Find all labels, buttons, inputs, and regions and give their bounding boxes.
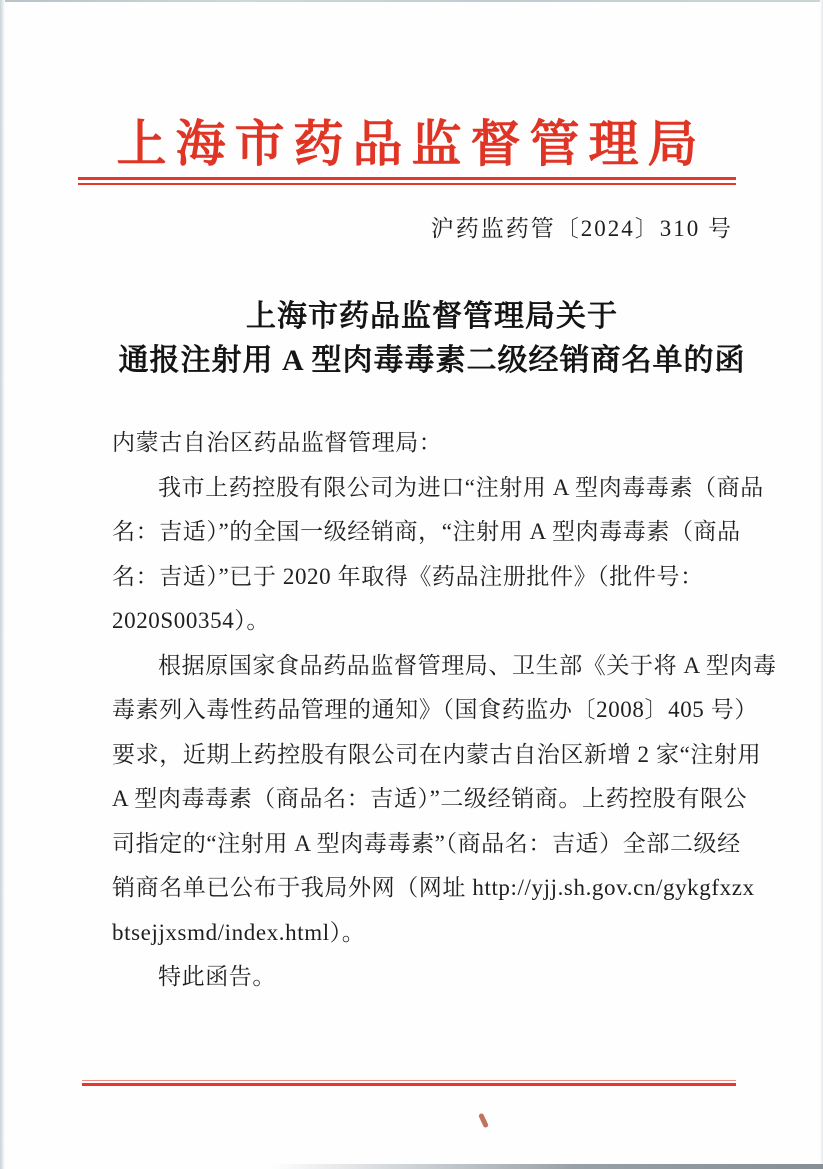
salutation-line: 内蒙古自治区药品监督管理局： (112, 421, 754, 466)
agency-letterhead-title: 上海市药品监督管理局 (78, 104, 736, 176)
body-line: 毒素列入毒性药品管理的通知》（国食药监办〔2008〕405 号） (112, 688, 754, 733)
body-line: 我市上药控股有限公司为进口“注射用 A 型肉毒毒素（商品 (112, 466, 754, 511)
body-line: A 型肉毒毒素（商品名：吉适）”二级经销商。上药控股有限公 (112, 777, 754, 822)
scan-edge-bottom-shadow (270, 1164, 823, 1169)
body-line: 要求，近期上药控股有限公司在内蒙古自治区新增 2 家“注射用 (112, 733, 754, 778)
closing-line: 特此函告。 (112, 955, 754, 1000)
letter-body: 内蒙古自治区药品监督管理局： 我市上药控股有限公司为进口“注射用 A 型肉毒毒素… (112, 421, 754, 1000)
scan-edge-left (0, 0, 5, 1169)
letterhead-rule-thin (78, 183, 736, 185)
document-title-line1: 上海市药品监督管理局关于 (92, 295, 772, 339)
document-reference-number: 沪药监药管〔2024〕310 号 (431, 210, 733, 243)
body-line: 销商名单已公布于我局外网（网址 http://yjj.sh.gov.cn/gyk… (112, 866, 754, 911)
scan-edge-top (0, 0, 823, 2)
document-title: 上海市药品监督管理局关于 通报注射用 A 型肉毒毒素二级经销商名单的函 (92, 295, 772, 383)
footer-rule-thick (82, 1083, 736, 1086)
body-line: 司指定的“注射用 A 型肉毒毒素”（商品名：吉适）全部二级经 (112, 822, 754, 867)
stray-pen-mark (478, 1113, 489, 1129)
body-line: btsejjxsmd/index.html）。 (112, 911, 754, 956)
scanned-official-letter: { "header": { "agency_title": "上海市药品监督管理… (0, 0, 823, 1169)
body-line: 名：吉适）”的全国一级经销商，“注射用 A 型肉毒毒素（商品 (112, 510, 754, 555)
document-title-line2: 通报注射用 A 型肉毒毒素二级经销商名单的函 (92, 339, 772, 383)
body-line: 2020S00354）。 (112, 599, 754, 644)
footer-rule-thin (82, 1080, 736, 1081)
body-line: 根据原国家食品药品监督管理局、卫生部《关于将 A 型肉毒 (112, 644, 754, 689)
letterhead-rule-thick (78, 177, 736, 180)
body-line: 名：吉适）”已于 2020 年取得《药品注册批件》（批件号： (112, 555, 754, 600)
